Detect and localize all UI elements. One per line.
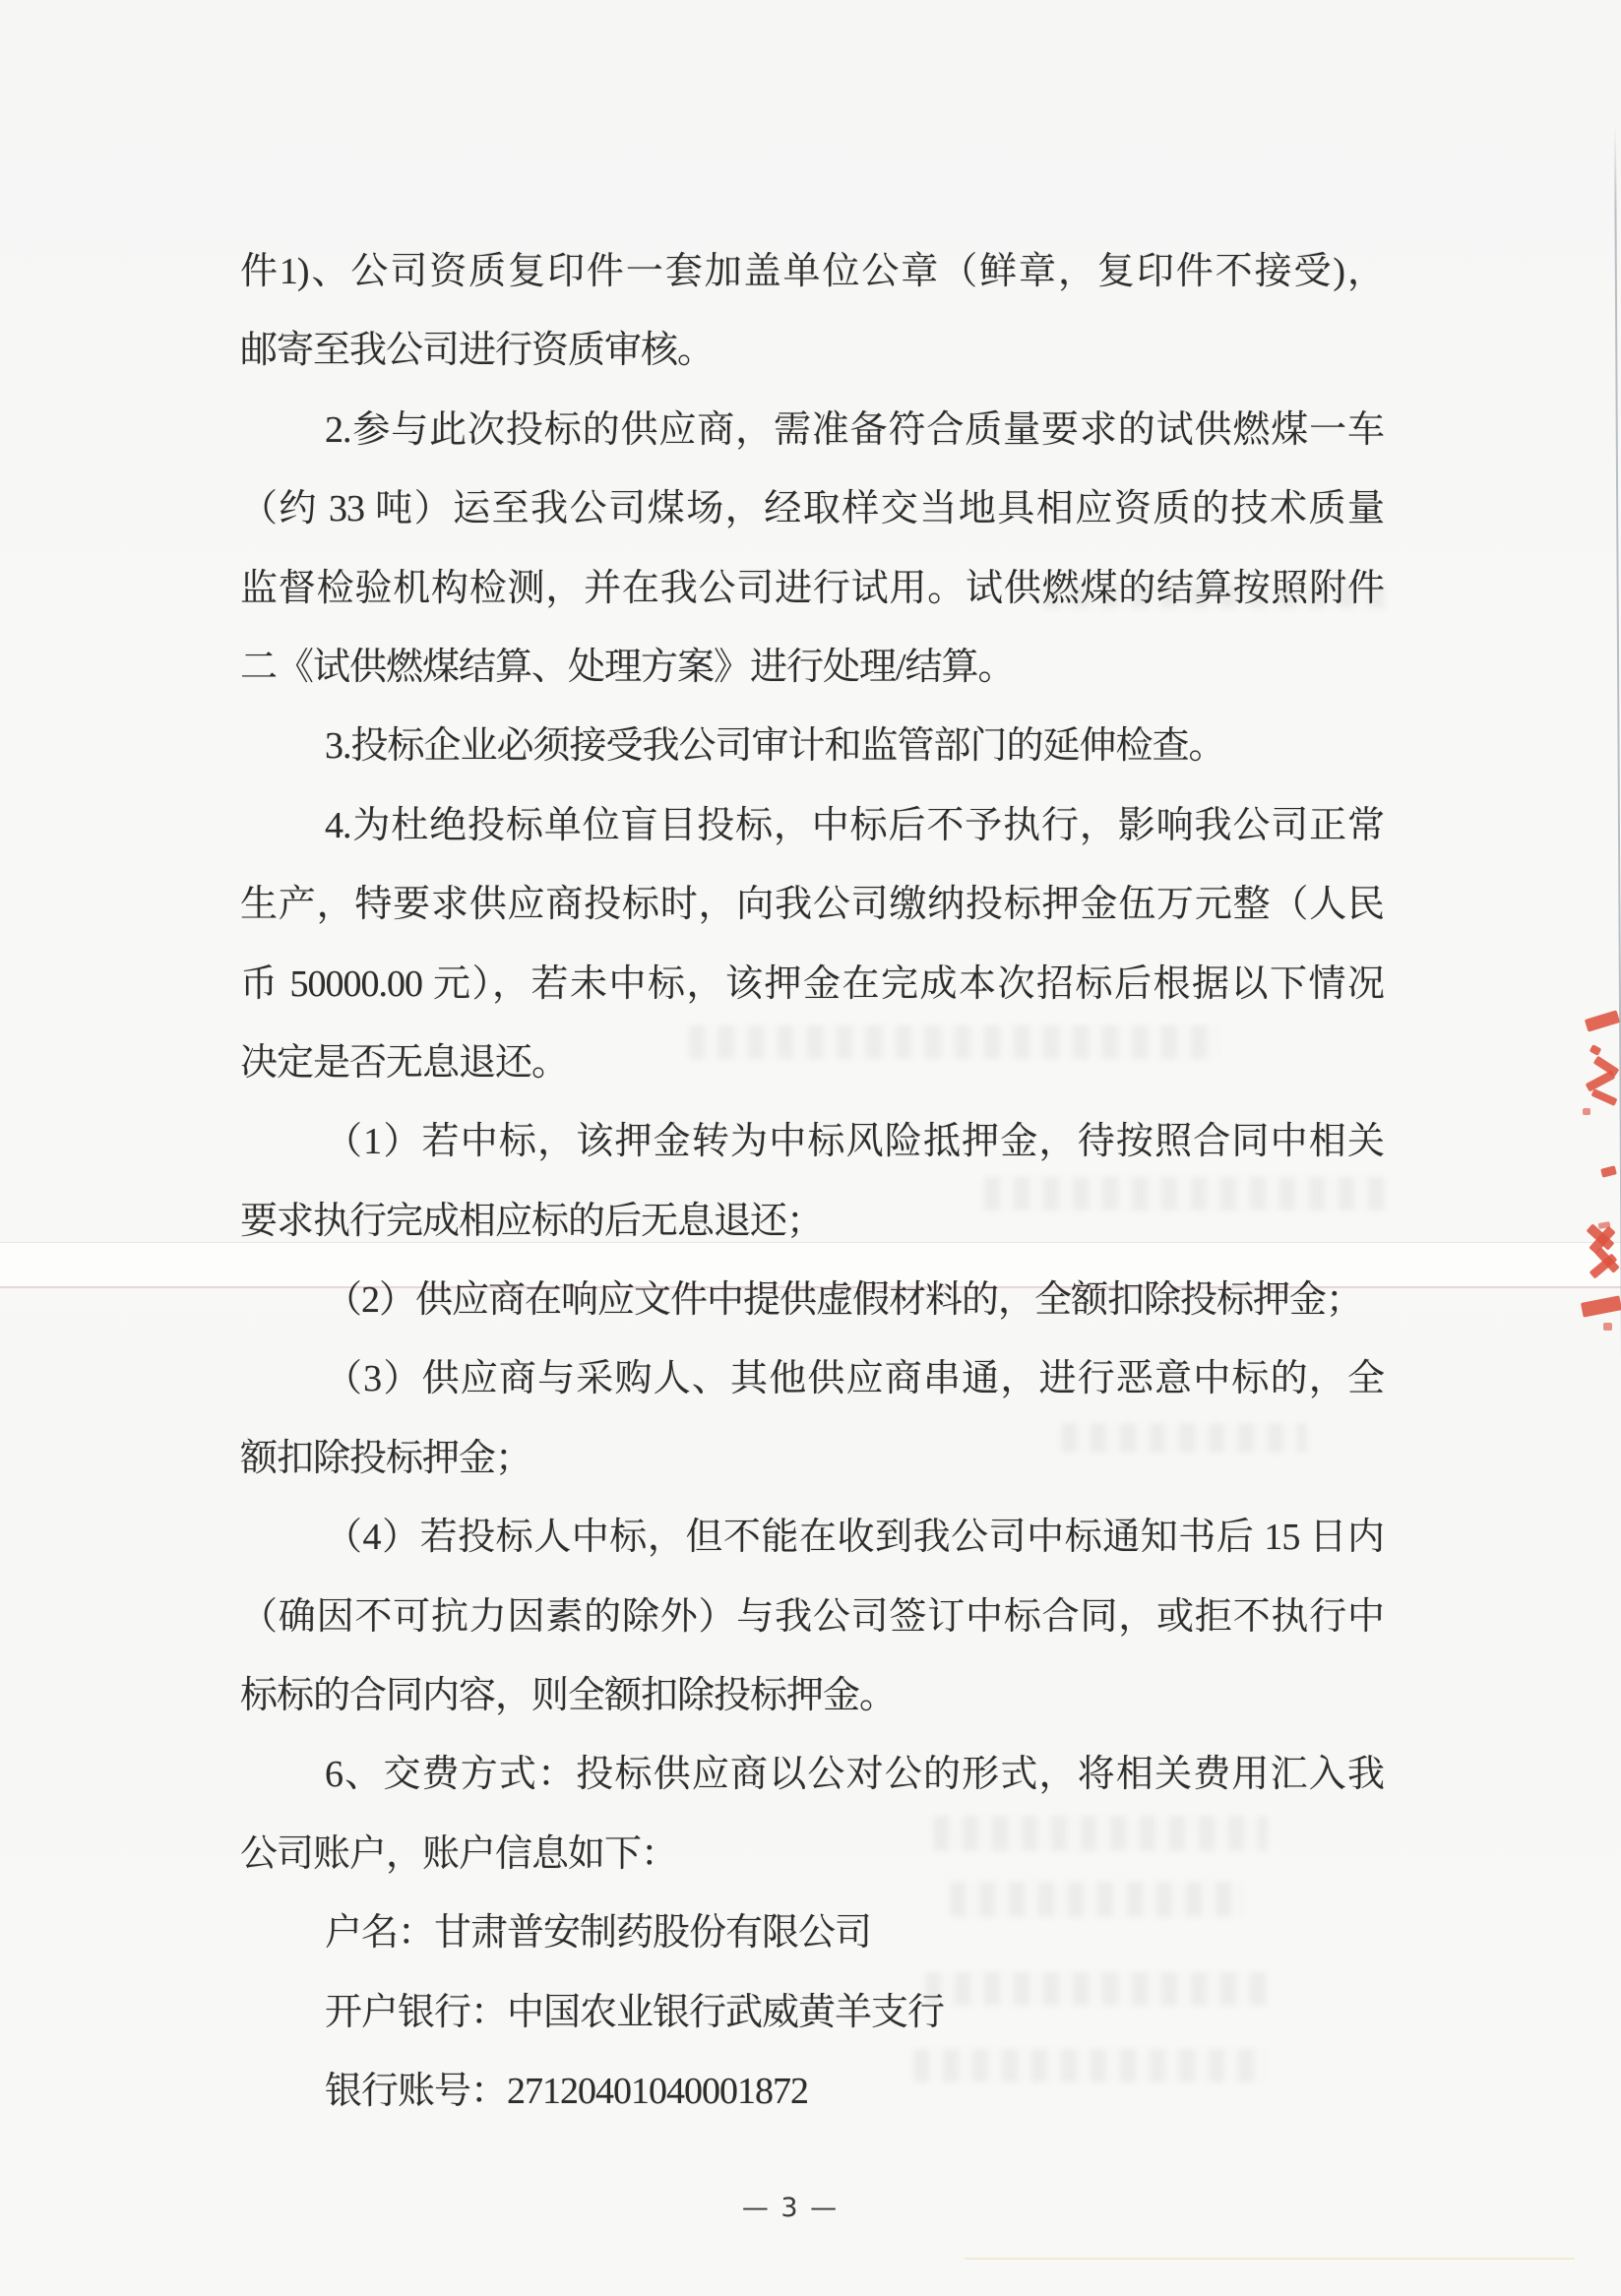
seal-stamp-fragment	[1586, 1070, 1616, 1091]
page-number: — 3 —	[0, 2193, 1581, 2223]
seal-stamp-fragment	[1600, 1165, 1617, 1177]
text-line: 开户银行：中国农业银行武威黄羊支行	[240, 1973, 1384, 2052]
seal-stamp-fragment	[1590, 1044, 1602, 1056]
text-line: 二《试供燃煤结算、处理方案》进行处理/结算。	[240, 628, 1384, 707]
text-line: 标标的合同内容，则全额扣除投标押金。	[240, 1656, 1384, 1735]
scanned-document-page: 件1)、公司资质复印件一套加盖单位公章（鲜章，复印件不接受)，邮寄至我公司进行资…	[0, 0, 1621, 2296]
text-line: 要求执行完成相应标的后无息退还；	[240, 1182, 1384, 1261]
document-body: 件1)、公司资质复印件一套加盖单位公章（鲜章，复印件不接受)，邮寄至我公司进行资…	[240, 232, 1384, 2131]
scan-artifact-line	[965, 2258, 1575, 2260]
text-line: （3）供应商与采购人、其他供应商串通，进行恶意中标的，全	[240, 1339, 1384, 1418]
text-line: 6、交费方式：投标供应商以公对公的形式，将相关费用汇入我	[240, 1735, 1384, 1814]
seal-stamp-fragment	[1585, 1010, 1620, 1031]
page-edge-line	[1614, 126, 1621, 2262]
seal-stamp-fragment	[1603, 1323, 1612, 1331]
text-line: 4.为杜绝投标单位盲目投标，中标后不予执行，影响我公司正常	[240, 786, 1384, 865]
text-line: （约 33 吨）运至我公司煤场，经取样交当地具相应资质的技术质量	[240, 469, 1384, 548]
text-line: 监督检验机构检测，并在我公司进行试用。试供燃煤的结算按照附件	[240, 549, 1384, 628]
text-line: 决定是否无息退还。	[240, 1024, 1384, 1102]
text-line: （4）若投标人中标，但不能在收到我公司中标通知书后 15 日内	[240, 1498, 1384, 1577]
text-line: 生产，特要求供应商投标时，向我公司缴纳投标押金伍万元整（人民	[240, 865, 1384, 944]
text-line: 币 50000.00 元），若未中标，该押金在完成本次招标后根据以下情况	[240, 945, 1384, 1024]
text-line: 户名：甘肃普安制药股份有限公司	[240, 1893, 1384, 1972]
text-line: 公司账户，账户信息如下：	[240, 1815, 1384, 1893]
text-line: 额扣除投标押金；	[240, 1419, 1384, 1498]
text-line: 2.参与此次投标的供应商，需准备符合质量要求的试供燃煤一车	[240, 391, 1384, 469]
text-line: 3.投标企业必须接受我公司审计和监管部门的延伸检查。	[240, 707, 1384, 785]
seal-stamp-fragment	[1581, 1295, 1621, 1317]
text-line: （2）供应商在响应文件中提供虚假材料的，全额扣除投标押金；	[240, 1261, 1384, 1339]
text-line: （确因不可抗力因素的除外）与我公司签订中标合同，或拒不执行中	[240, 1578, 1384, 1656]
seal-stamp-fragment	[1590, 1088, 1617, 1106]
text-line: 邮寄至我公司进行资质审核。	[240, 311, 1384, 390]
seal-stamp-fragment	[1583, 1108, 1590, 1115]
text-line: 件1)、公司资质复印件一套加盖单位公章（鲜章，复印件不接受)，	[240, 232, 1384, 311]
text-line: 银行账号：27120401040001872	[240, 2052, 1384, 2131]
text-line: （1）若中标，该押金转为中标风险抵押金，待按照合同中相关	[240, 1102, 1384, 1181]
